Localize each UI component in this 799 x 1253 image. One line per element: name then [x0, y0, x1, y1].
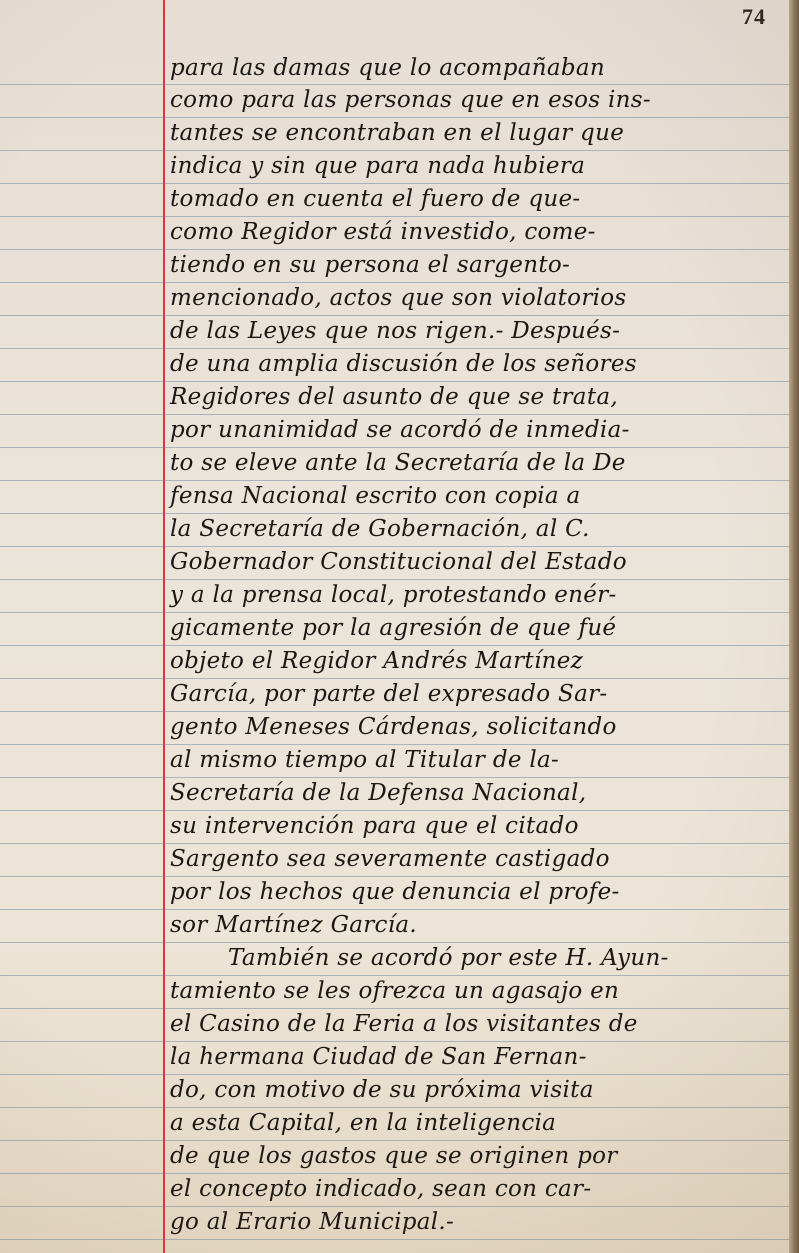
text-line: la Secretaría de Gobernación, al C.: [170, 513, 785, 545]
text-line: el concepto indicado, sean con car-: [170, 1173, 785, 1205]
text-line: mencionado, actos que son violatorios: [170, 282, 785, 314]
page-number: 74: [742, 4, 766, 30]
text-line: sor Martínez García.: [170, 909, 785, 941]
text-line: como Regidor está investido, come-: [170, 216, 785, 248]
text-line: do, con motivo de su próxima visita: [170, 1074, 785, 1106]
text-line: gento Meneses Cárdenas, solicitando: [170, 711, 785, 743]
text-line: el Casino de la Feria a los visitantes d…: [170, 1008, 785, 1040]
text-line: Secretaría de la Defensa Nacional,: [170, 777, 785, 809]
text-line-paragraph-start: También se acordó por este H. Ayun-: [170, 942, 785, 974]
text-line: tomado en cuenta el fuero de que-: [170, 183, 785, 215]
text-line: de las Leyes que nos rigen.- Después-: [170, 315, 785, 347]
text-line: Regidores del asunto de que se trata,: [170, 381, 785, 413]
text-line: al mismo tiempo al Titular de la-: [170, 744, 785, 776]
text-line: objeto el Regidor Andrés Martínez: [170, 645, 785, 677]
ledger-page: 74 para las damas que lo acompañaban com…: [0, 0, 789, 1253]
text-line: Gobernador Constitucional del Estado: [170, 546, 785, 578]
text-line: Sargento sea severamente castigado: [170, 843, 785, 875]
text-line: a esta Capital, en la inteligencia: [170, 1107, 785, 1139]
text-line: indica y sin que para nada hubiera: [170, 150, 785, 182]
text-line: de una amplia discusión de los señores: [170, 348, 785, 380]
text-line: to se eleve ante la Secretaría de la De: [170, 447, 785, 479]
text-line: y a la prensa local, protestando enér-: [170, 579, 785, 611]
text-line: tamiento se les ofrezca un agasajo en: [170, 975, 785, 1007]
text-line: su intervención para que el citado: [170, 810, 785, 842]
book-page-edge: [789, 0, 799, 1253]
text-line: tiendo en su persona el sargento-: [170, 249, 785, 281]
text-line: como para las personas que en esos ins-: [170, 84, 785, 116]
text-line: de que los gastos que se originen por: [170, 1140, 785, 1172]
rule-line: [0, 1239, 789, 1240]
text-line: go al Erario Municipal.-: [170, 1206, 785, 1238]
text-line: por los hechos que denuncia el profe-: [170, 876, 785, 908]
text-line: gicamente por la agresión de que fué: [170, 612, 785, 644]
text-line: García, por parte del expresado Sar-: [170, 678, 785, 710]
text-line: tantes se encontraban en el lugar que: [170, 117, 785, 149]
text-line: para las damas que lo acompañaban: [170, 52, 785, 84]
red-margin-line: [163, 0, 165, 1253]
text-line: fensa Nacional escrito con copia a: [170, 480, 785, 512]
text-line: la hermana Ciudad de San Fernan-: [170, 1041, 785, 1073]
text-line: por unanimidad se acordó de inmedia-: [170, 414, 785, 446]
